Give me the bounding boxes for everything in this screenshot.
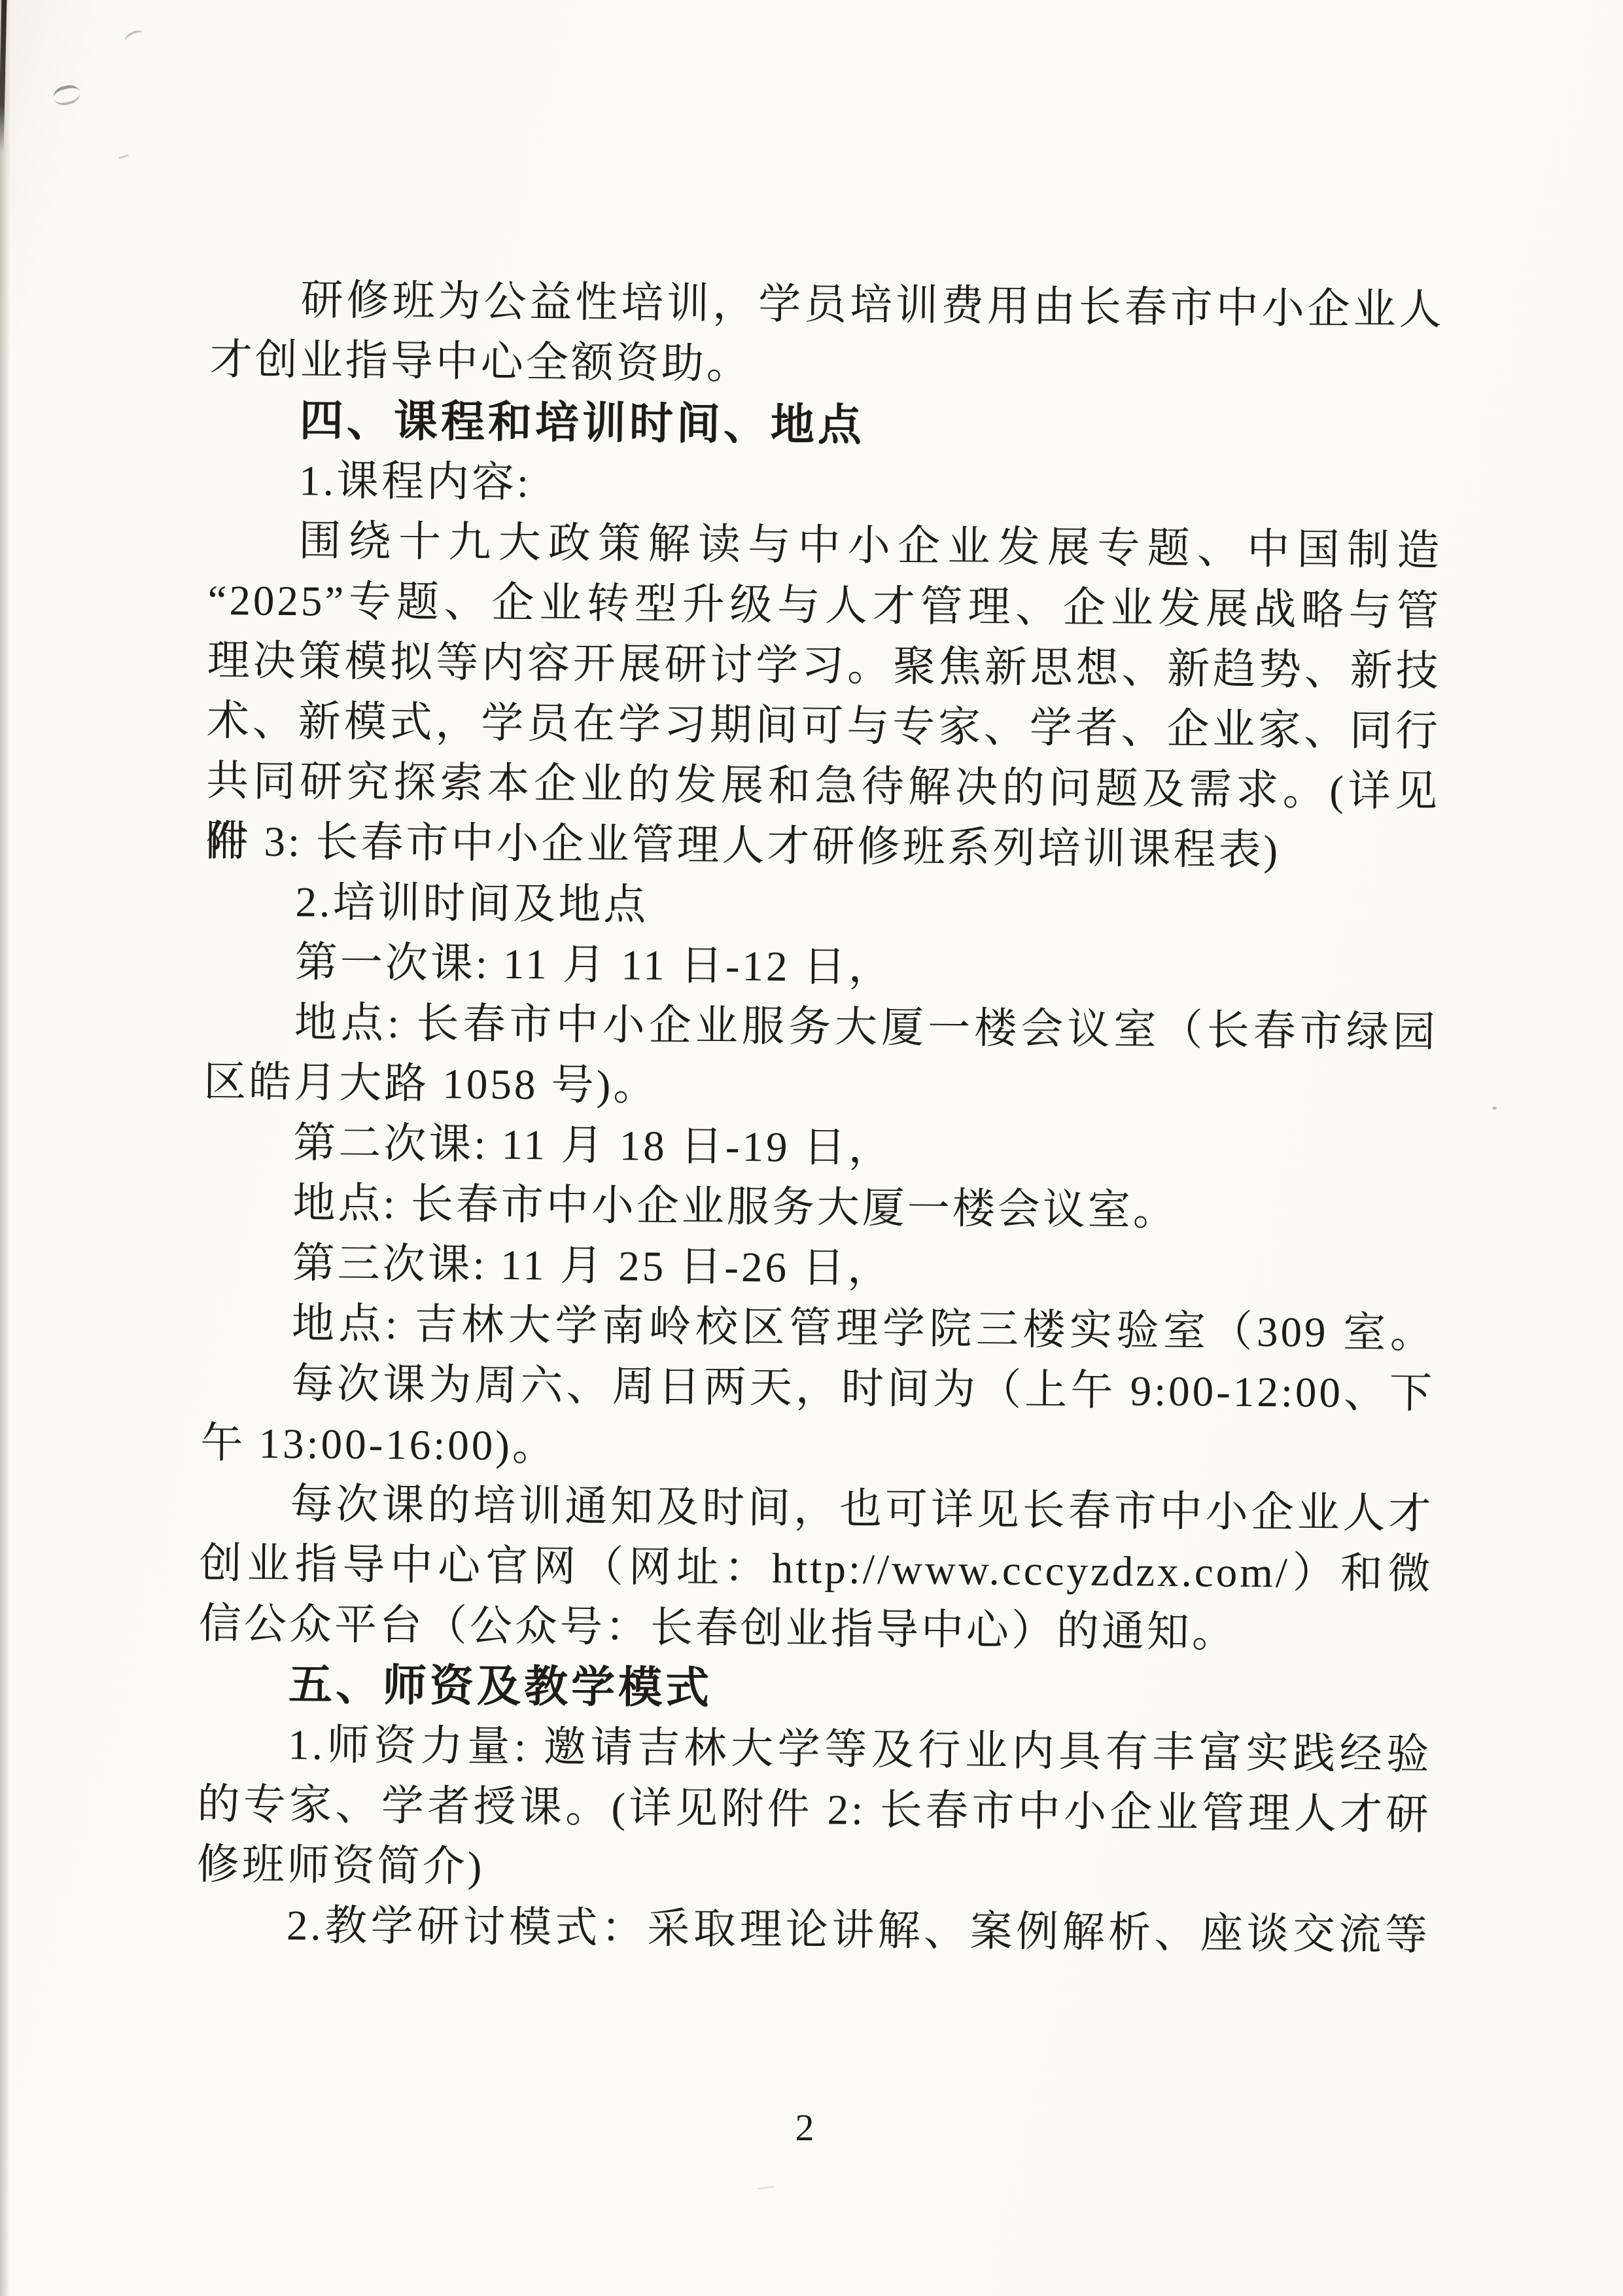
text-line: 共同研究探索本企业的发展和急待解决的问题及需求。(详见附 (206, 751, 1440, 822)
scan-corner-artifact (0, 0, 7, 153)
text-line: 第一次课: 11 月 11 日-12 日， (204, 932, 1439, 1002)
text-line: 第三次课: 11 月 25 日-26 日， (201, 1233, 1436, 1303)
text-line: 地点: 长春市中小企业服务大厦一楼会议室（长春市绿园 (204, 992, 1439, 1063)
scan-speck (758, 2185, 775, 2190)
text-line: 地点: 长春市中小企业服务大厦一楼会议室。 (202, 1173, 1437, 1243)
text-line: 修班师资简介) (196, 1835, 1431, 1905)
pencil-smudge (123, 28, 146, 47)
scan-edge-shadow (0, 0, 10, 2296)
text-line: 创业指导中心官网（网址：http://www.cccyzdzx.com/）和微 (199, 1534, 1433, 1604)
section-heading: 四、课程和培训时间、地点 (209, 390, 1444, 461)
text-line: “2025”专题、企业转型升级与人才管理、企业发展战略与管 (207, 571, 1442, 641)
text-line: 每次课为周六、周日两天，时间为（上午 9:00-12:00、下 (201, 1353, 1435, 1424)
text-line: 围绕十九大政策解读与中小企业发展专题、中国制造 (208, 510, 1442, 581)
text-line: 才创业指导中心全额资助。 (209, 330, 1444, 400)
text-line: 的专家、学者授课。(详见附件 2: 长春市中小企业管理人才研 (197, 1775, 1431, 1845)
scan-speck (1492, 1106, 1497, 1110)
pencil-smudge (52, 83, 82, 108)
section-heading: 五、师资及教学模式 (198, 1654, 1433, 1725)
text-line: 件 3: 长春市中小企业管理人才研修班系列培训课程表) (205, 811, 1440, 882)
text-line: 午 13:00-16:00)。 (200, 1413, 1435, 1484)
text-line: 2.培训时间及地点 (205, 872, 1439, 942)
text-line: 信公众平台（公众号：长春创业指导中心）的通知。 (199, 1594, 1433, 1665)
text-line: 1.师资力量: 邀请吉林大学等及行业内具有丰富实践经验 (198, 1714, 1432, 1785)
page-number: 2 (0, 2106, 1609, 2149)
text-line: 理决策模拟等内容开展研讨学习。聚焦新思想、新趋势、新技 (207, 631, 1441, 701)
text-line: 术、新模式，学员在学习期间可与专家、学者、企业家、同行 (207, 691, 1441, 762)
document-text-block: 研修班为公益性培训，学员培训费用由长春市中小企业人才创业指导中心全额资助。四、课… (196, 270, 1444, 1966)
text-line: 地点: 吉林大学南岭校区管理学院三楼实验室（309 室。 (201, 1293, 1436, 1364)
text-line: 第二次课: 11 月 18 日-19 日， (203, 1112, 1437, 1183)
text-line: 区皓月大路 1058 号)。 (203, 1052, 1438, 1123)
text-line: 每次课的培训通知及时间，也可详见长春市中小企业人才 (200, 1474, 1434, 1544)
text-line: 研修班为公益性培训，学员培训费用由长春市中小企业人 (210, 270, 1444, 340)
text-line: 1.课程内容: (209, 450, 1443, 521)
pencil-smudge (118, 154, 129, 160)
scanned-document-page: 研修班为公益性培训，学员培训费用由长春市中小企业人才创业指导中心全额资助。四、课… (0, 0, 1623, 2296)
text-line: 2.教学研讨模式：采取理论讲解、案例解析、座谈交流等 (196, 1895, 1431, 1966)
